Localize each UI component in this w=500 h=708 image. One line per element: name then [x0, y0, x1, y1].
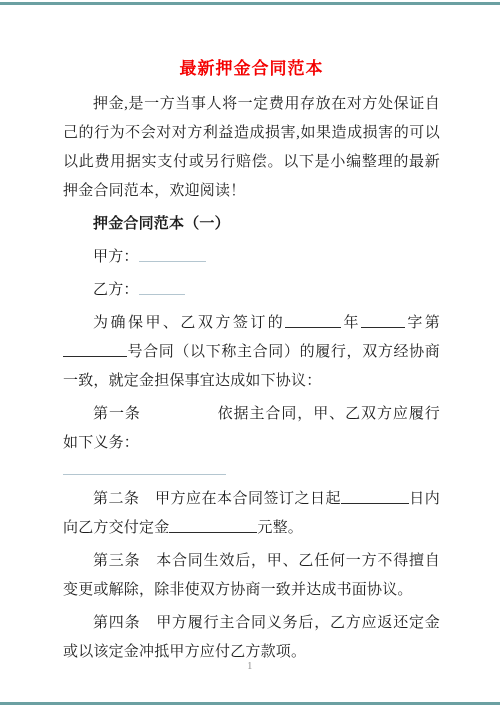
document-body: 押金,是一方当事人将一定费用存放在对方处保证自己的行为不会对对方利益造成损害,如… — [63, 90, 440, 667]
text-run: 第二条 甲方应在本合同签订之日起 — [93, 491, 341, 507]
text-run: 第三条 本合同生效后，甲、乙任何一方不得擅自变更或解除，除非使双方协商一致并达成… — [63, 553, 440, 598]
text-run: 为确保甲、乙双方签订的 — [93, 315, 285, 331]
fill-in-blank-line — [169, 520, 257, 533]
fill-in-blank-line — [341, 491, 409, 504]
paragraph-party-a: 甲方： — [63, 243, 440, 272]
paragraph-party-b: 乙方： — [63, 276, 440, 305]
fill-in-blank-line — [285, 315, 341, 328]
paragraph-preamble: 为确保甲、乙双方签订的年字第号合同（以下称主合同）的履行，双方经协商一致，就定金… — [63, 309, 440, 396]
text-run: 第一条 — [93, 406, 141, 422]
paragraph-article-1-blank — [63, 462, 440, 475]
paragraph-intro: 押金,是一方当事人将一定费用存放在对方处保证自己的行为不会对对方利益造成损害,如… — [63, 90, 440, 206]
spacer-gap — [141, 417, 217, 418]
paragraph-section-heading: 押金合同范本（一） — [63, 210, 440, 239]
paragraph-article-4: 第四条 甲方履行主合同义务后，乙方应返还定金或以该定金冲抵甲方应付乙方款项。 — [63, 609, 440, 667]
text-run: 押金合同范本（一） — [93, 216, 230, 232]
top-border-line — [0, 2, 500, 5]
text-run: 甲方： — [93, 249, 139, 265]
text-run: 押金,是一方当事人将一定费用存放在对方处保证自己的行为不会对对方利益造成损害,如… — [63, 96, 440, 199]
text-run: 年 — [341, 315, 361, 331]
document-content: 最新押金合同范本 押金,是一方当事人将一定费用存放在对方处保证自己的行为不会对对… — [0, 0, 500, 667]
fill-in-blank-line — [63, 462, 226, 475]
text-run: 字第 — [405, 315, 440, 331]
paragraph-article-2: 第二条 甲方应在本合同签订之日起日内向乙方交付定金元整。 — [63, 485, 440, 543]
text-run: 乙方： — [93, 282, 139, 298]
fill-in-blank-line — [139, 282, 185, 295]
page-number: 1 — [0, 661, 500, 672]
paragraph-article-1: 第一条依据主合同，甲、乙双方应履行如下义务： — [63, 400, 440, 458]
fill-in-blank-line — [361, 315, 405, 328]
fill-in-blank-line — [63, 344, 127, 357]
document-title: 最新押金合同范本 — [63, 56, 440, 81]
text-run: 第四条 甲方履行主合同义务后，乙方应返还定金或以该定金冲抵甲方应付乙方款项。 — [63, 615, 440, 660]
text-run: 元整。 — [257, 520, 303, 536]
paragraph-article-3: 第三条 本合同生效后，甲、乙任何一方不得擅自变更或解除，除非使双方协商一致并达成… — [63, 547, 440, 605]
fill-in-blank-line — [139, 249, 206, 262]
document-page: 最新押金合同范本 押金,是一方当事人将一定费用存放在对方处保证自己的行为不会对对… — [0, 0, 500, 708]
bottom-border-line — [0, 702, 500, 705]
